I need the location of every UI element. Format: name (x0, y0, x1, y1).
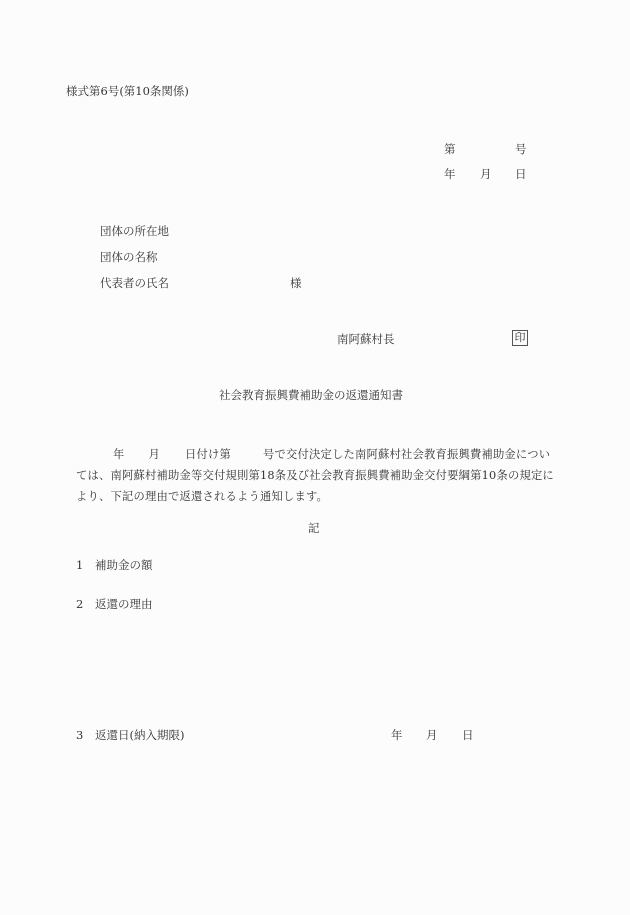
form-label: 様式第6号(第10条関係) (66, 84, 189, 98)
return-day: 日 (462, 728, 474, 742)
representative-label: 代表者の氏名 (100, 276, 169, 290)
issuer-title: 南阿蘇村長 (337, 332, 395, 346)
body-day-prefix: 日付け第 (185, 448, 231, 461)
recipient-address-label: 団体の所在地 (100, 224, 169, 238)
item-2-label: 返還の理由 (95, 597, 153, 611)
ki-heading: 記 (308, 521, 320, 535)
body-year: 年 (113, 448, 125, 461)
item-1-number: 1 (76, 558, 83, 572)
seal-mark: 印 (512, 330, 528, 346)
item-1-label: 補助金の額 (95, 558, 153, 572)
document-title: 社会教育振興費補助金の返還通知書 (219, 388, 403, 402)
date-year: 年 (444, 167, 456, 181)
date-month: 月 (480, 167, 492, 181)
item-3-number: 3 (76, 728, 83, 742)
recipient-name-label: 団体の名称 (100, 250, 158, 264)
date-day: 日 (515, 167, 527, 181)
return-year: 年 (391, 728, 403, 742)
return-month: 月 (426, 728, 438, 742)
number-prefix: 第 (444, 142, 456, 156)
item-3-label: 返還日(納入期限) (95, 728, 184, 742)
body-paragraph: 年月日付け第号で交付決定した南阿蘇村社会教育振興費補助金については、南阿蘇村補助… (76, 444, 558, 507)
item-2-number: 2 (76, 597, 83, 611)
body-month: 月 (149, 448, 161, 461)
number-suffix: 号 (515, 142, 527, 156)
honorific: 様 (290, 276, 302, 290)
